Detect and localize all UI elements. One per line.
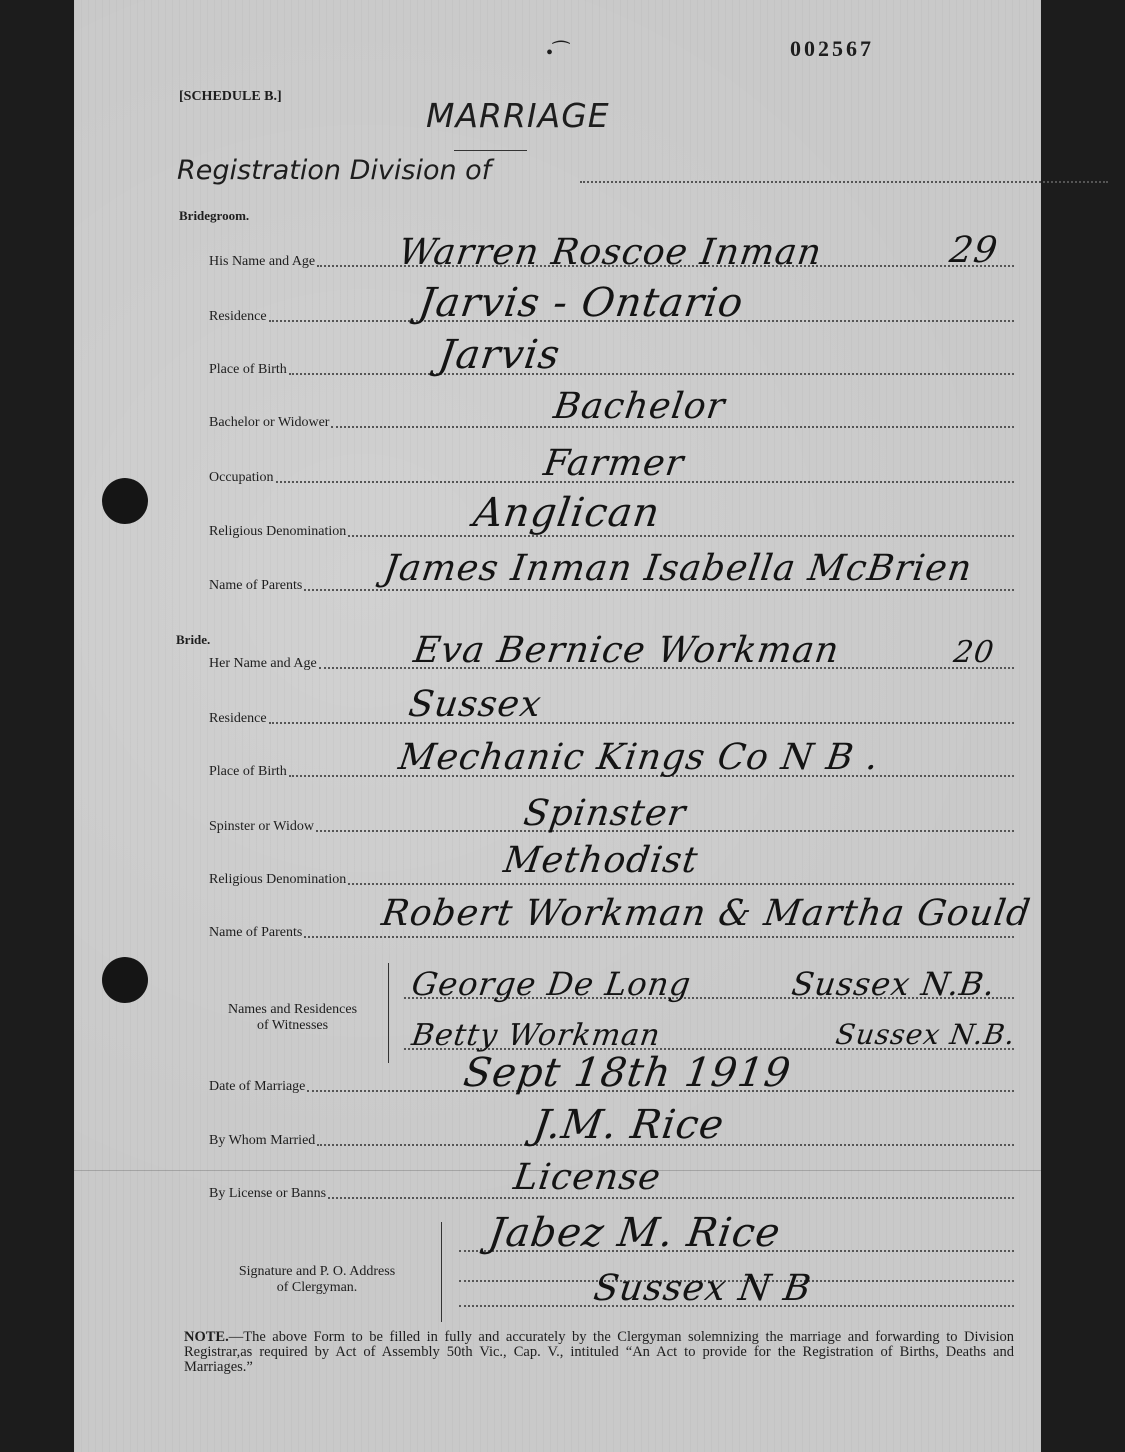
groom-religion-value: Anglican [471, 490, 663, 536]
bride-marital-status-value: Spinster [521, 793, 689, 834]
field-label: Bachelor or Widower [209, 415, 329, 431]
witness-2-residence: Sussex N.B. [834, 1018, 1018, 1051]
field-label: Date of Marriage [209, 1079, 305, 1095]
groom-marital-status-value: Bachelor [551, 386, 728, 427]
field-label: Religious Denomination [209, 872, 346, 888]
bride-section-label: Bride. [176, 632, 210, 648]
bride-religion-value: Methodist [501, 840, 701, 881]
field-label: Name of Parents [209, 925, 302, 941]
field-label: By Whom Married [209, 1133, 315, 1149]
groom-residence-value: Jarvis - Ontario [416, 280, 747, 326]
witnesses-bracket [388, 963, 389, 1063]
punch-hole-upper [102, 478, 148, 524]
field-label: Religious Denomination [209, 524, 346, 540]
field-label: Place of Birth [209, 764, 287, 780]
registration-division-label: Registration Division of [177, 155, 491, 186]
field-label: Her Name and Age [209, 656, 317, 672]
groom-parents-value: James Inman Isabella McBrien [381, 548, 975, 589]
license-or-banns-value: License [511, 1157, 664, 1198]
groom-age-value: 29 [947, 230, 1001, 271]
bridegroom-section-label: Bridegroom. [179, 208, 249, 224]
witness-1-name: George De Long [409, 965, 693, 1003]
groom-birthplace-value: Jarvis [436, 332, 563, 378]
note-text: —The above Form to be filled in fully an… [184, 1329, 1014, 1375]
groom-name-value: Warren Roscoe Inman [396, 232, 824, 273]
schedule-label: [SCHEDULE B.] [179, 89, 282, 105]
bride-residence-value: Sussex [406, 684, 544, 725]
field-label: Place of Birth [209, 362, 287, 378]
registration-division-field [580, 181, 1108, 183]
bride-name-value: Eva Bernice Workman [411, 630, 842, 671]
field-label: Spinster or Widow [209, 819, 314, 835]
bride-birthplace-value: Mechanic Kings Co N B . [396, 737, 882, 778]
witnesses-label: Names and Residences of Witnesses [200, 1002, 385, 1034]
punch-hole-lower [102, 957, 148, 1003]
note-lead: NOTE. [184, 1329, 229, 1345]
bride-parents-value: Robert Workman & Martha Gould [379, 893, 1033, 934]
field-label: By License or Banns [209, 1186, 326, 1202]
field-label: Residence [209, 309, 267, 325]
ink-mark: •⁀ [546, 40, 569, 65]
clergyman-label: Signature and P. O. Address of Clergyman… [202, 1264, 432, 1296]
title-underline [454, 150, 527, 151]
field-label: Residence [209, 711, 267, 727]
serial-number: 002567 [790, 36, 874, 62]
witness-1-residence: Sussex N.B. [789, 965, 998, 1003]
bride-age-value: 20 [952, 635, 997, 670]
form-note: NOTE.—The above Form to be filled in ful… [184, 1330, 1014, 1375]
bride-residence-row: Residence [209, 707, 1014, 727]
field-label: His Name and Age [209, 254, 315, 270]
clergyman-signature-value: Jabez M. Rice [486, 1210, 784, 1256]
groom-occupation-value: Farmer [541, 443, 687, 484]
witness-2-name: Betty Workman [410, 1018, 663, 1053]
officiant-value: J.M. Rice [531, 1102, 727, 1148]
clergyman-bracket [441, 1222, 442, 1322]
field-label: Name of Parents [209, 578, 302, 594]
date-of-marriage-value: Sept 18th 1919 [461, 1050, 794, 1096]
marriage-registration-form: •⁀ 002567 [SCHEDULE B.] MARRIAGE Registr… [74, 0, 1041, 1452]
field-label: Occupation [209, 470, 274, 486]
groom-birthplace-row: Place of Birth [209, 358, 1014, 378]
clergyman-address-value: Sussex N B [591, 1268, 814, 1309]
form-title: MARRIAGE [426, 96, 610, 135]
